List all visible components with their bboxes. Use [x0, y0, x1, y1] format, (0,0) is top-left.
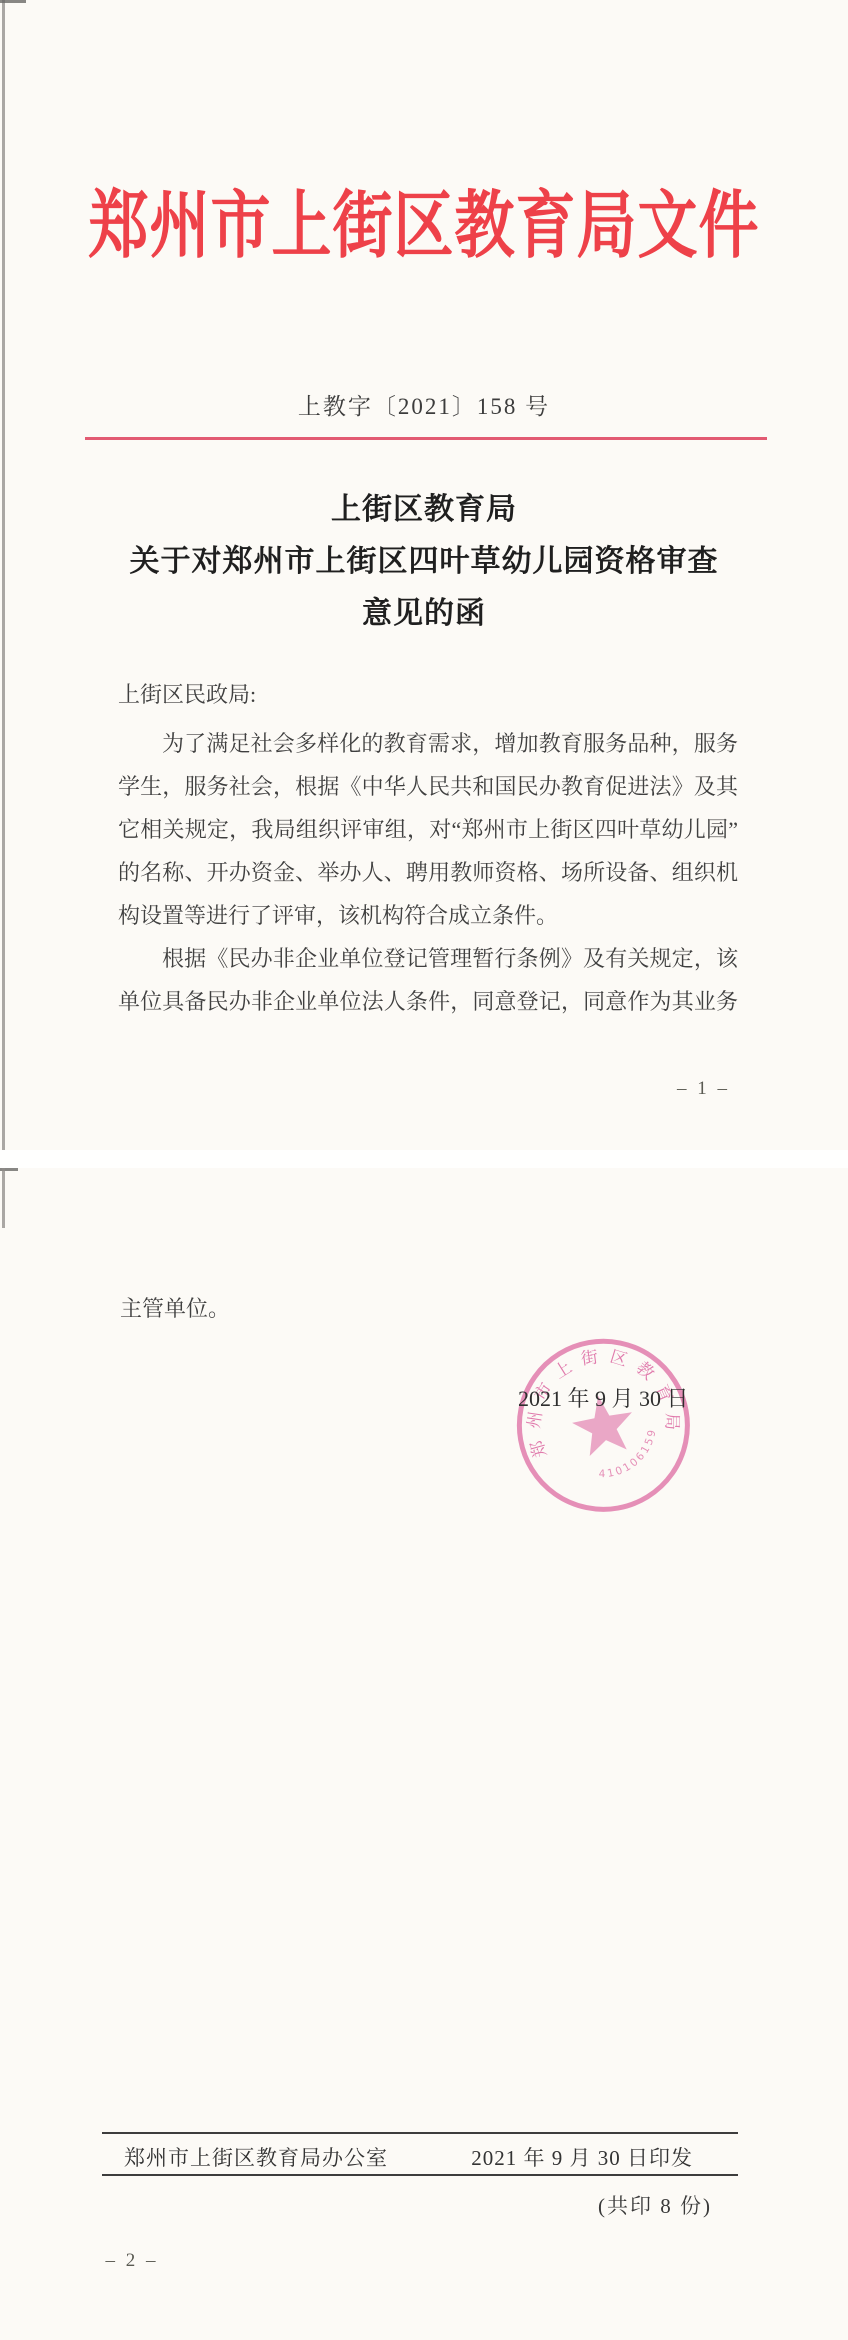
print-date: 2021 年 9 月 30 日印发	[471, 2142, 693, 2172]
addressee-line: 上街区民政局:	[118, 678, 256, 709]
body-line: 单位具备民办非企业单位法人条件，同意登记，同意作为其业务	[118, 980, 738, 1023]
seal-svg: 郑州市上街区教育局 4101061599924	[497, 1315, 712, 1530]
document-number: 上教字〔2021〕158 号	[0, 388, 848, 421]
footer-rule-top	[102, 2132, 738, 2134]
scanned-document: 郑州市上街区教育局文件 上教字〔2021〕158 号 上街区教育局关于对郑州市上…	[0, 0, 848, 2340]
body-line: 学生，服务社会，根据《中华人民共和国民办教育促进法》及其	[118, 765, 738, 808]
scan-corner-top-left	[0, 0, 26, 3]
red-divider-rule	[85, 437, 767, 440]
body-line: 构设置等进行了评审，该机构符合成立条件。	[118, 894, 738, 937]
body-line: 它相关规定，我局组织评审组，对“郑州市上街区四叶草幼儿园”	[118, 808, 738, 851]
body-line: 为了满足社会多样化的教育需求，增加教育服务品种，服务	[118, 722, 738, 765]
red-letterhead-title: 郑州市上街区教育局文件	[0, 172, 848, 279]
copies-count: (共印 8 份)	[400, 2190, 712, 2220]
title-block: 上街区教育局关于对郑州市上街区四叶草幼儿园资格审查意见的函	[0, 484, 848, 640]
issuing-office: 郑州市上街区教育局办公室	[124, 2142, 388, 2172]
official-seal-stamp: 郑州市上街区教育局 4101061599924	[497, 1315, 712, 1530]
body-line: 根据《民办非企业单位登记管理暂行条例》及有关规定，该	[118, 937, 738, 980]
scan-edge-left-page2	[2, 1168, 5, 1228]
footer-row: 郑州市上街区教育局办公室 2021 年 9 月 30 日印发	[102, 2140, 738, 2174]
document-title-line: 上街区教育局	[0, 484, 848, 536]
footer-rule-bottom	[102, 2174, 738, 2176]
supervisor-line: 主管单位。	[120, 1292, 230, 1323]
body-line: 的名称、开办资金、举办人、聘用教师资格、场所设备、组织机	[118, 851, 738, 894]
page-number-2: – 2 –	[72, 2250, 192, 2272]
document-title-line: 关于对郑州市上街区四叶草幼儿园资格审查	[0, 536, 848, 588]
document-title-line: 意见的函	[0, 588, 848, 640]
page-separator	[0, 1150, 848, 1168]
body-text: 为了满足社会多样化的教育需求，增加教育服务品种，服务学生，服务社会，根据《中华人…	[118, 722, 738, 1023]
page-number-1: – 1 –	[600, 1078, 730, 1100]
signature-date: 2021 年 9 月 30 日	[518, 1382, 689, 1413]
